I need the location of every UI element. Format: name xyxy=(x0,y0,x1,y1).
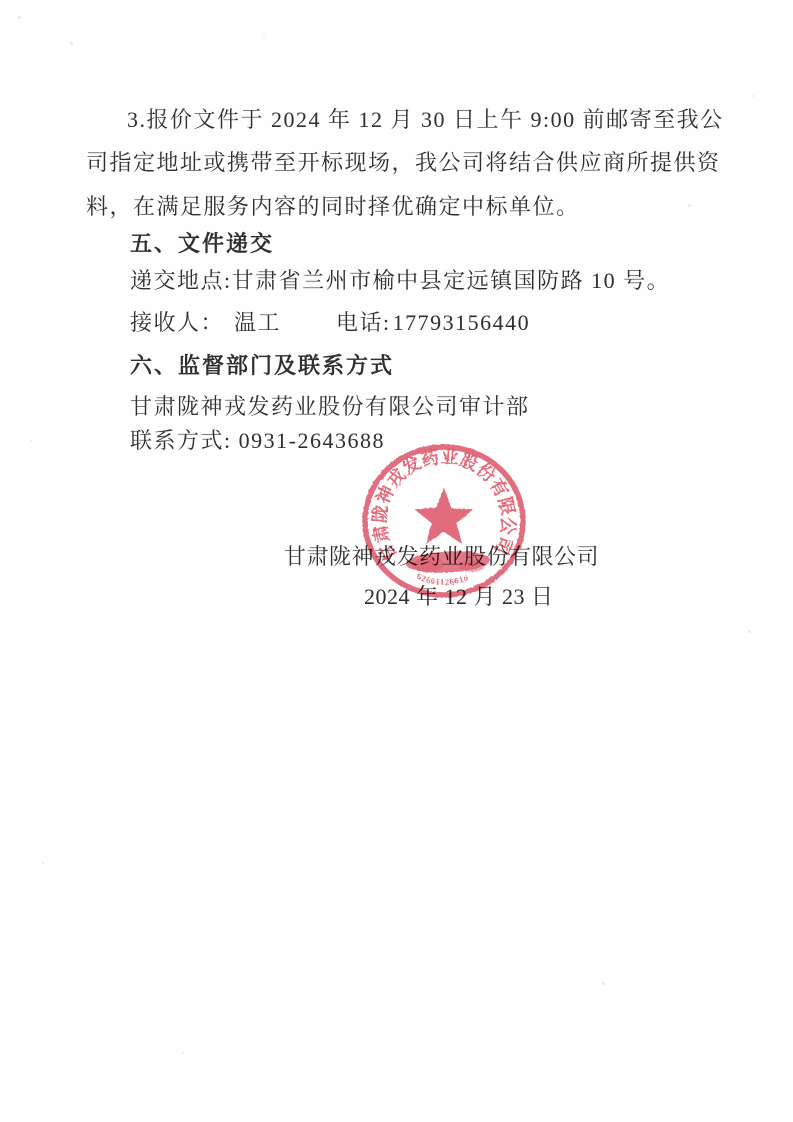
section5-receiver-row: 接收人：温工电话:17793156440 xyxy=(130,306,530,337)
phone-number: 17793156440 xyxy=(393,310,531,336)
phone-label: 电话: xyxy=(336,306,391,337)
section6-contact: 联系方式: 0931-2643688 xyxy=(130,424,385,455)
seal-smudge xyxy=(412,558,444,572)
paragraph3-line2: 司指定地址或携带至开标现场，我公司将结合供应商所提供资 xyxy=(86,146,721,177)
scan-speck xyxy=(263,36,265,38)
section5-heading: 五、文件递交 xyxy=(130,227,274,258)
seal-star-icon xyxy=(415,488,474,544)
scan-speck xyxy=(18,16,21,19)
receiver-label: 接收人： xyxy=(130,306,224,337)
paragraph3-line3: 料，在满足服务内容的同时择优确定中标单位。 xyxy=(86,190,580,221)
receiver-name: 温工 xyxy=(234,306,281,337)
seal-smudge xyxy=(459,560,485,572)
scanned-page: { "colors": { "ink": "#2f2f2f", "seal_re… xyxy=(0,0,793,1122)
scan-speck xyxy=(30,440,32,442)
scan-speck xyxy=(688,204,691,207)
scan-speck xyxy=(748,630,751,633)
section6-department: 甘肃陇神戎发药业股份有限公司审计部 xyxy=(130,390,530,421)
scan-speck xyxy=(182,1052,184,1054)
scan-speck xyxy=(602,982,605,985)
document-page: 3.报价文件于 2024 年 12 月 30 日上午 9:00 前邮寄至我公 司… xyxy=(0,0,793,1122)
company-seal: 甘肃陇神戎发药业股份有限公司 62601126616 xyxy=(360,444,528,602)
scan-speck xyxy=(42,862,44,864)
paragraph3-line1: 3.报价文件于 2024 年 12 月 30 日上午 9:00 前邮寄至我公 xyxy=(127,103,724,134)
section6-heading: 六、监督部门及联系方式 xyxy=(130,349,394,380)
scan-speck xyxy=(752,95,754,97)
scan-speck xyxy=(70,42,73,45)
seal-code-digits: 62601126616 xyxy=(415,571,470,587)
section5-address: 递交地点:甘肃省兰州市榆中县定远镇国防路 10 号。 xyxy=(130,264,670,295)
